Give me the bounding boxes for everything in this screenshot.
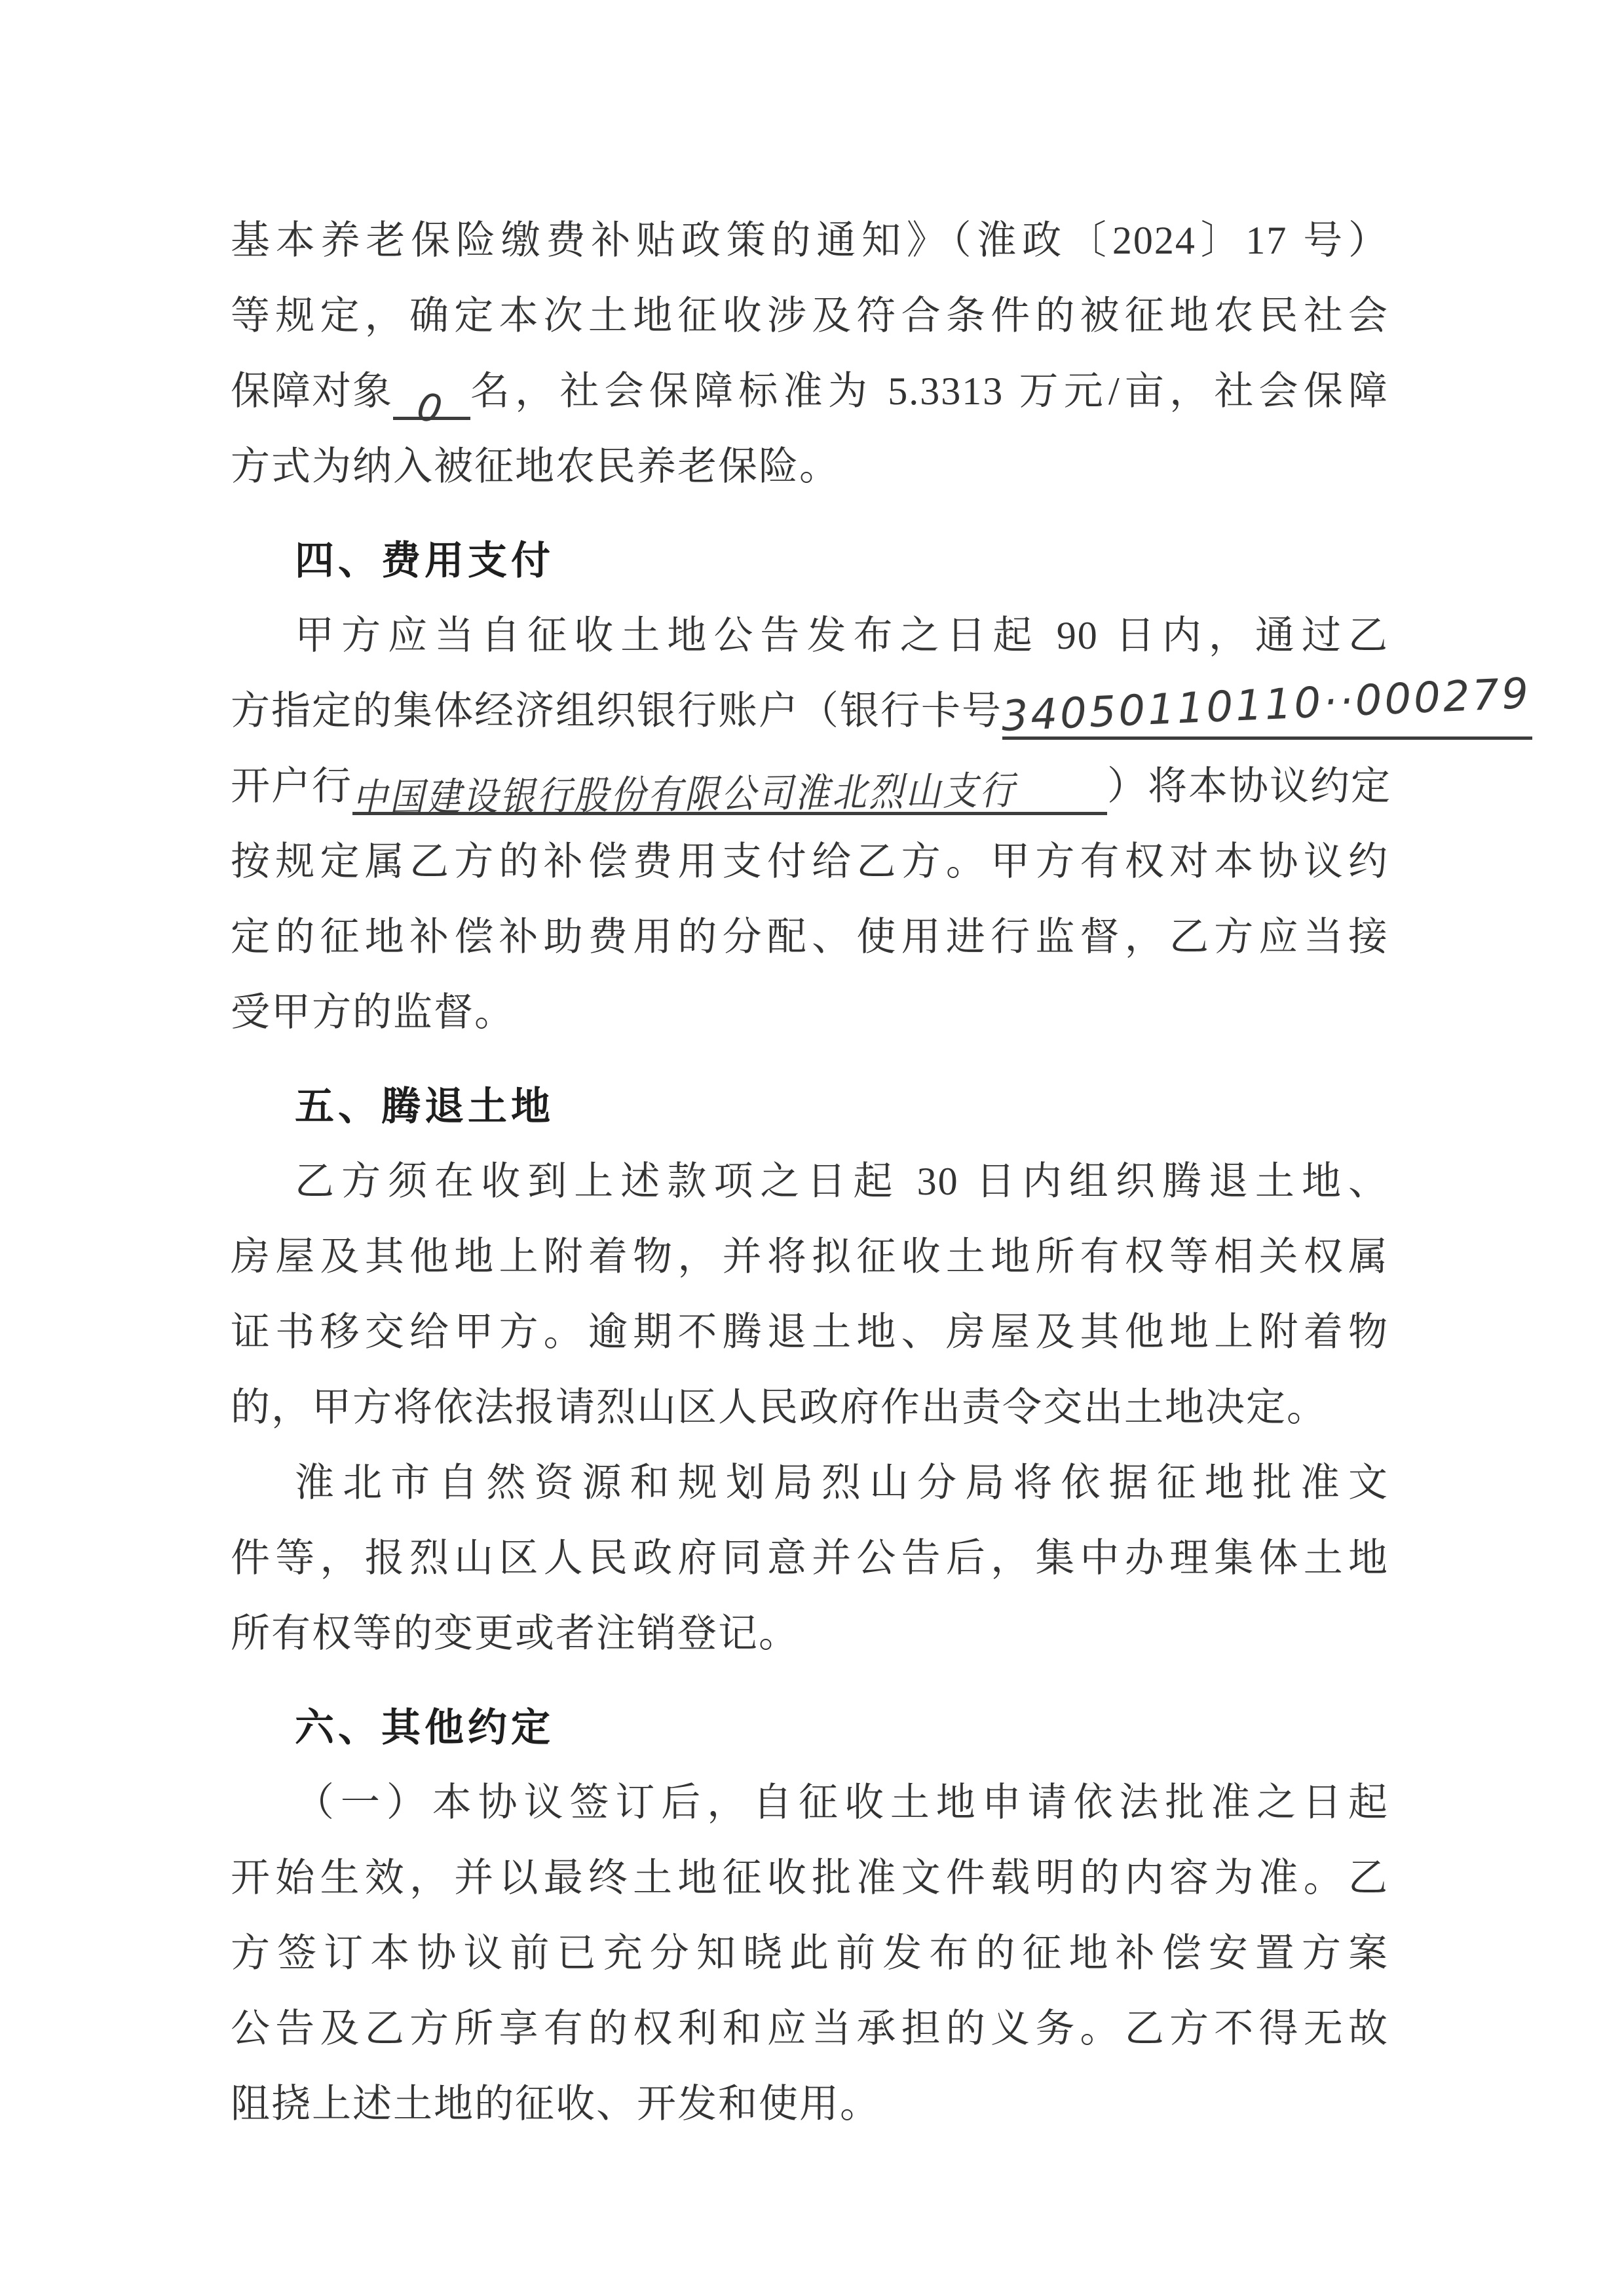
text-line: 淮北市自然资源和规划局烈山分局将依据征地批准文 <box>231 1445 1389 1521</box>
text-line-with-handwritten-card-number: 方指定的集体经济组织银行账户（银行卡号 34050110110··000279 <box>231 674 1389 749</box>
section-heading-other-terms: 六、其他约定 <box>231 1690 1389 1765</box>
section-heading-fee-payment: 四、费用支付 <box>231 523 1389 598</box>
text-line: 方式为纳入被征地农民养老保险。 <box>231 429 1389 505</box>
blank-underline: 0 <box>393 354 470 420</box>
text-segment: ）将本协议约定 <box>1107 749 1391 824</box>
section-heading-land-return: 五、腾退土地 <box>231 1069 1389 1144</box>
text-segment: 保障对象 <box>231 354 393 429</box>
text-line: 所有权等的变更或者注销登记。 <box>231 1596 1389 1672</box>
text-line: 定的征地补偿补助费用的分配、使用进行监督，乙方应当接 <box>231 900 1389 975</box>
text-line: 开始生效，并以最终土地征收批准文件载明的内容为准。乙 <box>231 1841 1389 1916</box>
text-segment: 开户行 <box>231 749 352 824</box>
text-line: 受甲方的监督。 <box>231 975 1389 1050</box>
text-line: 等规定，确定本次土地征收涉及符合条件的被征地农民社会 <box>231 278 1389 354</box>
text-segment: 名，社会保障标准为 5.3313 万元/亩，社会保障 <box>470 354 1389 429</box>
text-line: 方签订本协议前已充分知晓此前发布的征地补偿安置方案 <box>231 1916 1389 1991</box>
text-line-with-handwritten-count: 保障对象 0 名，社会保障标准为 5.3313 万元/亩，社会保障 <box>231 354 1389 429</box>
handwritten-bank-name: 中国建设银行股份有限公司淮北烈山支行 <box>352 771 1017 818</box>
text-segment: 方指定的集体经济组织银行账户（银行卡号 <box>231 674 1002 749</box>
agreement-body: 基本养老保险缴费补贴政策的通知》（淮政〔2024〕17 号） 等规定，确定本次土… <box>231 203 1389 2142</box>
text-line: 阻挠上述土地的征收、开发和使用。 <box>231 2067 1389 2142</box>
blank-underline: 中国建设银行股份有限公司淮北烈山支行 <box>352 749 1107 815</box>
handwritten-bank-card-number: 34050110110··000279 <box>1000 673 1532 738</box>
text-line: 的，甲方将依法报请烈山区人民政府作出责令交出土地决定。 <box>231 1370 1389 1445</box>
text-line: 房屋及其他地上附着物，并将拟征收土地所有权等相关权属 <box>231 1219 1389 1295</box>
blank-underline: 34050110110··000279 <box>1002 674 1532 740</box>
text-line: 乙方须在收到上述款项之日起 30 日内组织腾退土地、 <box>231 1144 1389 1219</box>
scanned-document-page: 基本养老保险缴费补贴政策的通知》（淮政〔2024〕17 号） 等规定，确定本次土… <box>0 0 1624 2296</box>
handwritten-beneficiary-count: 0 <box>414 387 445 429</box>
text-line: 公告及乙方所享有的权利和应当承担的义务。乙方不得无故 <box>231 1991 1389 2067</box>
text-line: （一）本协议签订后，自征收土地申请依法批准之日起 <box>231 1765 1389 1841</box>
text-line: 证书移交给甲方。逾期不腾退土地、房屋及其他地上附着物 <box>231 1295 1389 1370</box>
text-line: 按规定属乙方的补偿费用支付给乙方。甲方有权对本协议约 <box>231 824 1389 900</box>
text-line: 甲方应当自征收土地公告发布之日起 90 日内，通过乙 <box>231 598 1389 674</box>
text-line: 基本养老保险缴费补贴政策的通知》（淮政〔2024〕17 号） <box>231 203 1389 278</box>
text-line-with-handwritten-bank-name: 开户行 中国建设银行股份有限公司淮北烈山支行 ）将本协议约定 <box>231 749 1389 824</box>
text-line: 件等，报烈山区人民政府同意并公告后，集中办理集体土地 <box>231 1521 1389 1596</box>
